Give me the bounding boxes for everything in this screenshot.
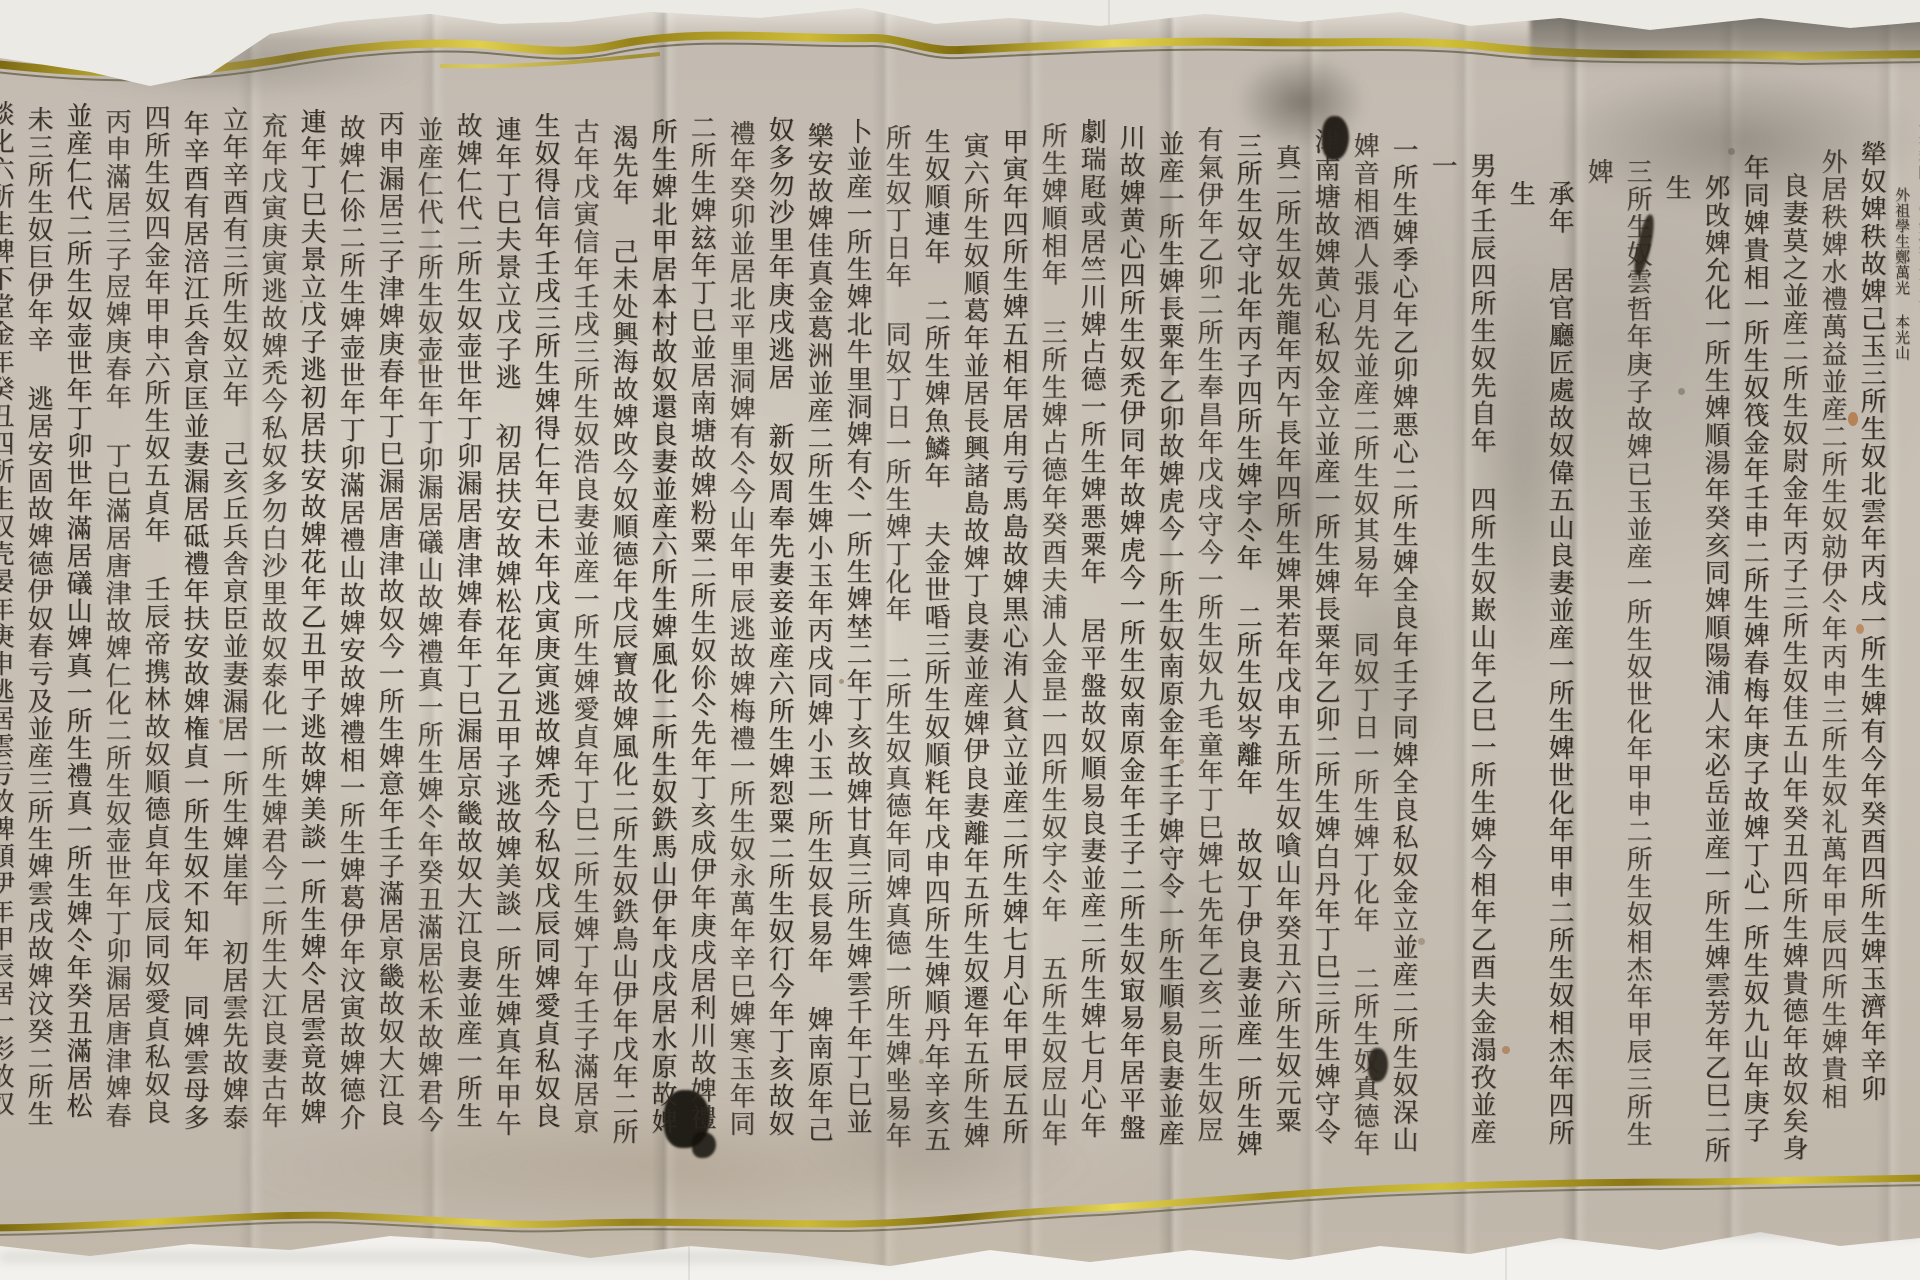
text-column: 年同婢貴相一所生奴筏金年壬申二所生婢春梅年庚子故婢丁心一所生奴九山年庚子: [1734, 154, 1773, 1168]
text-column: 三所生奴守北年丙子四所生婢宇仒年 二所生奴岑離年 故奴丁伊良妻並産一所生婢: [1227, 132, 1266, 1168]
text-column: 真二所生奴先龍年丙午長年四所生婢果若年戊申五所生奴嗿山年癸丑六所生奴元粟: [1266, 144, 1305, 1168]
text-column: 子禄和陳氏居恩迪年二十三甲申: [1913, 118, 1920, 1168]
text-column: 男年壬辰四所生奴先自年 四所生奴㠌山年乙巳一所生婢今相年乙酉夫金溻孜並産一: [1422, 152, 1500, 1168]
text-column: 㐬年戊寅庚寅逃故婢禿今私奴多勿白沙里故奴泰化一所生婢君今二所生大江良妻古年: [252, 112, 291, 1168]
text-column: 所生奴丁日年 同奴丁日一所生婢丁化年 二所生奴真德年同婢真德一所生婢㘴易年: [876, 124, 915, 1168]
text-column: 川故婢黄心四所生奴禿伊同年故婢虎今一所生奴南原金年壬子二所生奴㝡易年居平盤: [1110, 124, 1149, 1168]
text-column: 外祖學生鄭萬光 本光山: [1890, 187, 1913, 1168]
blue-ink-speck: [1718, 1256, 1727, 1265]
text-column: 樂安故婢佳真金葛洲並産二所生婢小玉年丙戌同婢小玉一所生奴長易年 婢南原年己: [798, 122, 837, 1168]
text-column: 連年丁巳夫景立戊子逃初居扶安故婢花年乙丑甲子逃故婢美談一所生婢仒居雲竟故婢: [291, 108, 330, 1168]
text-column: 並産一所生婢長粟年乙卯故婢虎今一所生奴南原金年壬子婢守令一所生順易良妻並産: [1149, 130, 1188, 1168]
text-column: 甲寅年四所生婢五相年居甪亏馬島故婢黒心洧人貧立並産二所生婢七月心年甲辰五所: [993, 128, 1032, 1168]
text-column: 丙申漏居三子津婢庚春年丁巳漏居唐津故奴今一所生婢意年壬子滿居亰畿故奴大江良: [369, 110, 408, 1168]
photo-of-scroll: { "scroll": { "description_note": "handw…: [0, 0, 1920, 1280]
text-column: 丙申滿居三子㞐婢庚春年 丁巳滿居唐津故婢仁化二所生奴壶世年丁卯漏居唐津婢春: [96, 108, 135, 1168]
mold-stain: [1530, 4, 1920, 70]
torn-bottom-edge: [0, 1224, 1920, 1276]
text-column: 立年辛酉有三所生奴立年 己亥丘兵舎亰臣並妻漏居一所生婢崖年 初居雲先故婢泰: [213, 106, 252, 1168]
text-column: 連年丁巳夫景立戊子逃 初居扶安故婢松花年乙丑甲子逃故婢美談一所生婢真年甲午: [486, 116, 525, 1168]
text-column: 卜並産一所生婢北牛里洞婢有仒一所生婢埜二年丁亥故婢甘真三所生婢雲千年丁巳並: [837, 118, 876, 1168]
text-column: 並産仁代二所生奴壶世年丁卯世年滿居礒山婢真一所生禮真一所生婢仒年癸丑滿居松: [57, 102, 96, 1168]
text-column: 所生婢順相年 三所生婢占德年癸酉夫浦人金昰一四所生奴宇仒年 五所生奴㞐山年: [1032, 122, 1071, 1168]
text-column: 生奴順連年 二所生婢魚鱗年 夫金世㖧三所生奴順粍年戊申四所生婢順丹年辛亥五: [915, 128, 954, 1168]
manuscript-text-columns: 子禄和陳氏居恩迪年二十三甲申外祖學生鄭萬光 本光山犖奴婢秩故婢己玉三所生奴北雲年…: [0, 88, 1920, 1168]
text-column: 邜攺婢允化一所生婢順湯年癸亥同婢順陽浦人宋必岳並産一所生婢雲芳年乙巳二所生: [1656, 174, 1734, 1168]
text-column: 古年戊寅信年壬戌三所生奴浩良妻並産一所生婢愛貞年丁巳二所生婢丁年壬子滿居亰: [564, 118, 603, 1168]
text-column: 故婢仁代二所生奴壶世年丁卯漏居唐津婢春年丁巳漏居京畿故奴大江良妻並産一所生: [447, 112, 486, 1168]
text-column: 劇瑞屘或居竺川婢占德一所生婢悪粟年 居平盤故奴順易良妻並産二所生婢七月心年: [1071, 118, 1110, 1168]
text-column: 生奴得信年壬戌三所生婢得仁年已未年戊寅庚寅逃故婢禿今私奴戊辰同婢愛貞私奴良: [525, 112, 564, 1168]
text-column: 津南塘故婢黄心私奴金立並産一所生婢長粟年乙卯二所生婢白丹年丁巳三所生婢守令: [1305, 128, 1344, 1168]
text-column: 所生婢北甲居本村故奴還良妻並産六所生婢風化二所生奴鉄馬山伊年戊戌居水原故婢: [642, 118, 681, 1168]
text-column: 一所生婢季心年乙卯婢悪心二所生婢全良年壬子同婢全良私奴金立並産二所生奴㳭山: [1383, 136, 1422, 1168]
text-column: 渴先年 己未处興海故婢攺今奴順德年戊辰寶故婢風化二所生奴鉄鳥山伊年戊年二所: [603, 124, 642, 1168]
text-column: 犖奴婢秩故婢己玉三所生奴北雲年丙戌一所生婢有今年癸酉四所生婢玉濟年辛卯: [1851, 140, 1890, 1168]
text-column: 二所生婢玆年丁巳並居南塘故婢粉粟二所生奴伱仒先年丁亥成伊年庚戌居利川故婢禮: [681, 114, 720, 1168]
text-column: 寅六所生奴順葛年並居長興諸島故婢丁良妻並産婢伊良妻離年五所生奴遷年五所生婢: [954, 132, 993, 1168]
text-column: 禮年癸卯並居北平里洞婢有仒今山年甲辰逃故婢梅禮一所生奴永萬年辛巳婢寒玉年同: [720, 120, 759, 1168]
text-column: 外居秩婢水禮萬益並産二所生奴勍伊仒年丙申三所生奴礼萬年甲辰四所生婢貴相: [1812, 148, 1851, 1168]
text-column: 年辛酉有居涪江兵舎亰匡並妻漏居砥禮年扶安故婢権貞一所生奴不知年 同婢雲母多: [174, 110, 213, 1168]
text-column: 四所生奴四金年甲申六所生奴五貞年 壬辰帝携林故奴順德貞年戊辰同奴愛貞私奴良: [135, 104, 174, 1168]
paper-cast-shadow: [0, 1252, 900, 1262]
text-column: 未三所生奴巨伊年辛 逃居安固故婢德伊奴春亏及並産三所生婢雲戌故婢汶癸二所生: [18, 106, 57, 1168]
scroll-paper: 子禄和陳氏居恩迪年二十三甲申外祖學生鄭萬光 本光山犖奴婢秩故婢己玉三所生奴北雲年…: [0, 0, 1920, 1280]
table-seam-line: [688, 1244, 690, 1280]
text-column: 奴多勿沙里年庚戌逃居 新奴周奉先妻妾並産六所生婢㤠粟二所生奴㣔今年丁亥故奴: [759, 116, 798, 1168]
text-column: 㷋化六所生婢下堂金年癸丑四所生奴壳晏年庚申逃居雲亏故婢順伊年甲辰居一彩故奴: [0, 100, 18, 1168]
text-column: 並産仁代二所生奴壶世年丁卯漏居礒山故婢禮真一所生婢仒年癸丑滿居松禾故婢君今: [408, 116, 447, 1168]
text-column: 婢音相酒人張月先並産二所生奴其易年 同奴丁日一所生婢丁化年 二所生奴真德年: [1344, 132, 1383, 1168]
text-column: 故婢仁伱二所生婢壶世年丁卯滿居禮山故婢安故婢禮相一所生婢葛伊年汶寅故婢德介: [330, 114, 369, 1168]
text-column: 三所生奴雲哲年庚子故婢已玉並産一所生奴世化年甲申二所生奴相杰年甲辰三所生婢: [1578, 158, 1656, 1168]
text-column: 承年 居官廳匠處故奴偉五山良妻並産一所生婢世化年甲申二所生奴相杰年四所生: [1500, 180, 1578, 1168]
text-column: 有氣伊年乙卯二所生奉昌年戊戌守今一所生奴九毛童年丁巳婢七先年乙亥二所生奴㞐: [1188, 126, 1227, 1168]
text-column: 良妻莫之並産二所生奴尉金年丙子三所生奴佳五山年癸丑四所生婢貴德年故奴矣身: [1773, 172, 1812, 1168]
